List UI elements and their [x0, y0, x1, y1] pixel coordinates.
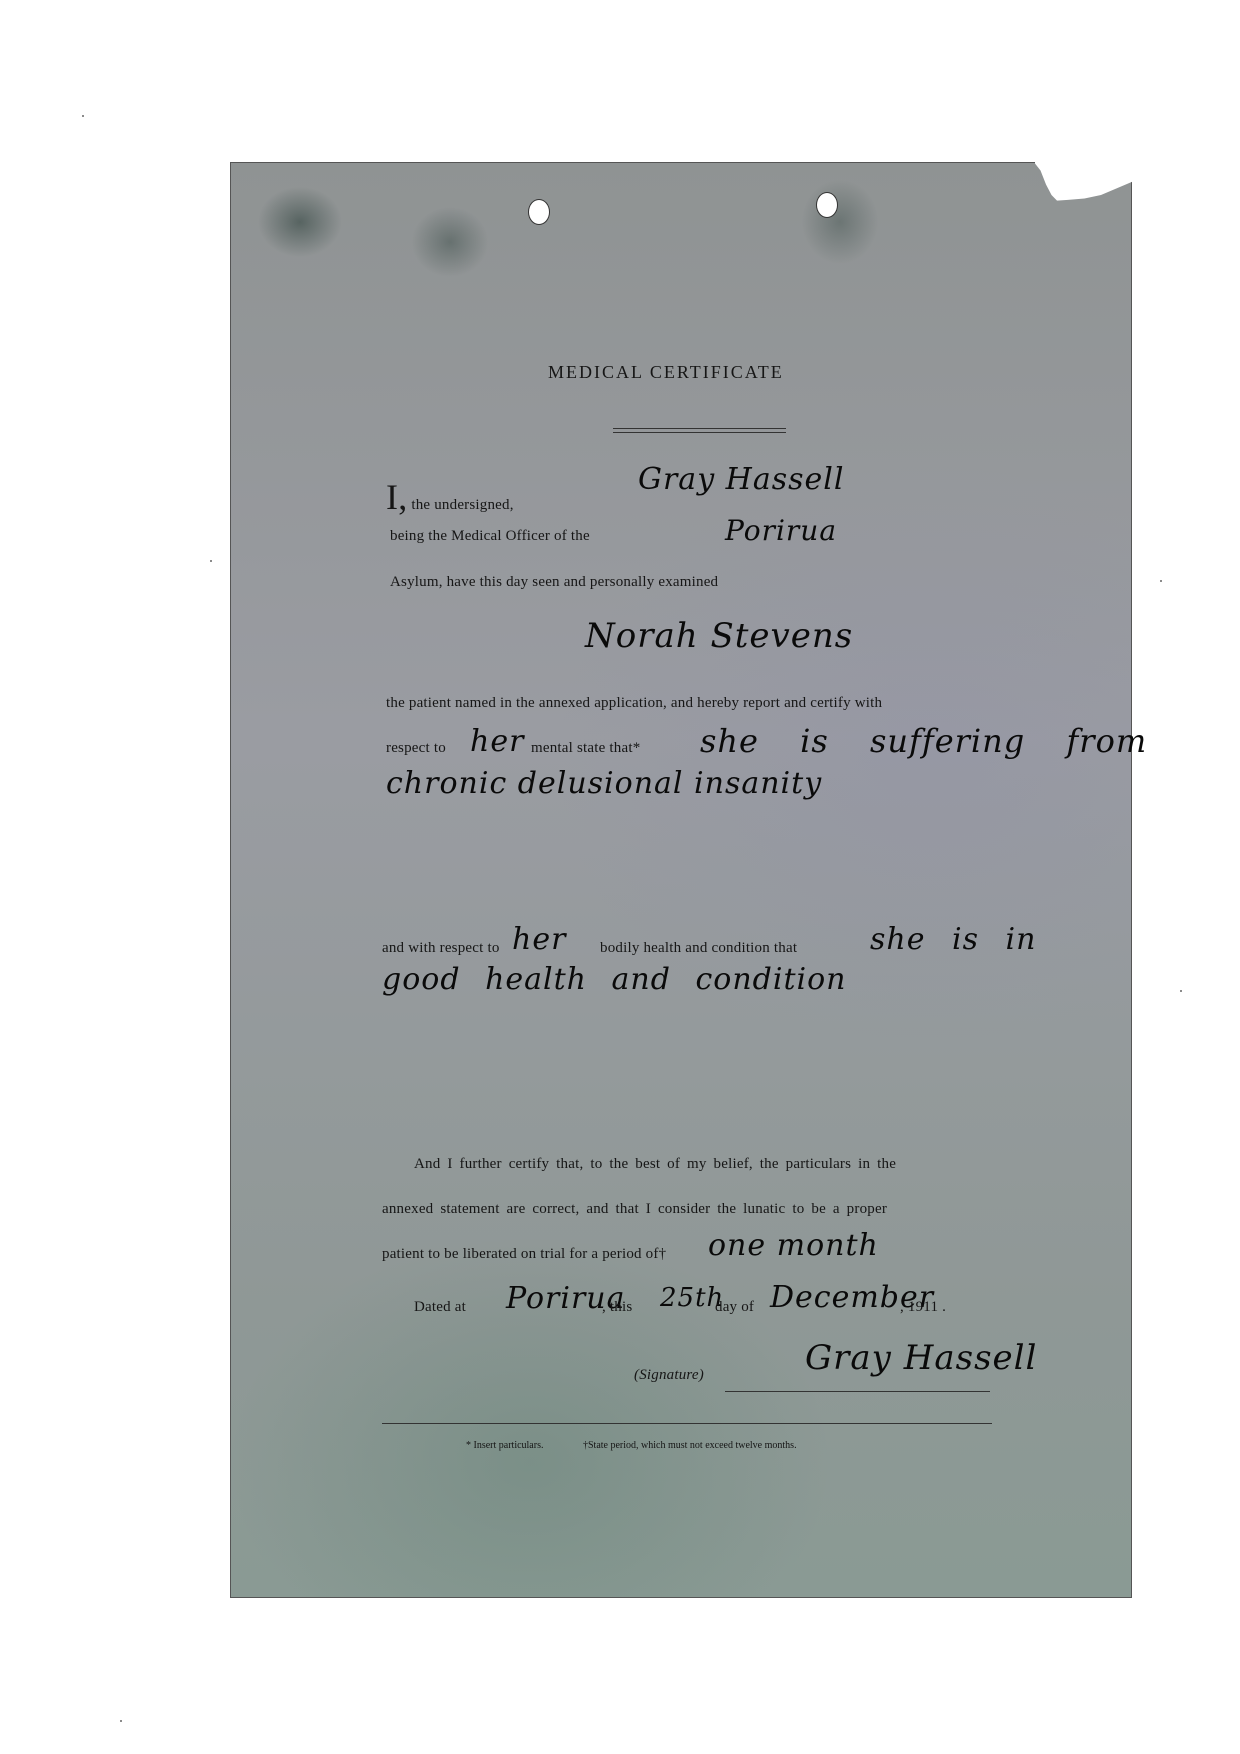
big-i: I,: [386, 477, 407, 517]
mental-finding-1: she is suffering from: [700, 722, 1147, 760]
speck: [82, 115, 84, 117]
mental-finding-2: chronic delusional insanity: [386, 766, 822, 801]
bodily-finding-2: good health and condition: [382, 962, 847, 997]
asylum-label: Asylum, have this day seen and personall…: [390, 574, 718, 591]
bodily-finding-1: she is in: [870, 922, 1036, 957]
signature-label: (Signature): [634, 1367, 704, 1384]
punch-hole: [817, 193, 837, 217]
footnote-dagger: †State period, which must not exceed twe…: [583, 1440, 797, 1451]
patient-name: Norah Stevens: [585, 616, 853, 656]
punch-hole: [529, 200, 549, 224]
signature-line: [725, 1391, 990, 1392]
speck: [1160, 580, 1162, 582]
dated-label: Dated at: [414, 1299, 466, 1316]
document-title: MEDICAL CERTIFICATE: [548, 362, 784, 383]
day-of-label: day of: [715, 1299, 754, 1316]
mental-respect-label: respect to: [386, 740, 446, 757]
bodily-state-label: bodily health and condition that: [600, 940, 797, 957]
undersigned-name: Gray Hassell: [638, 462, 844, 497]
signature-name: Gray Hassell: [805, 1338, 1037, 1378]
trial-period: one month: [708, 1228, 879, 1263]
speck: [120, 1720, 122, 1722]
footnote-divider: [382, 1423, 992, 1424]
mental-state-label: mental state that*: [531, 740, 640, 757]
officer-label: being the Medical Officer of the: [390, 528, 590, 545]
bodily-respect-label: and with respect to: [382, 940, 500, 957]
further-line-3: patient to be liberated on trial for a p…: [382, 1246, 666, 1263]
speck: [1180, 990, 1182, 992]
asylum-name: Porirua: [725, 514, 837, 547]
footnote-star: * Insert particulars.: [466, 1440, 543, 1451]
undersigned-label: the undersigned,: [411, 497, 513, 513]
this-label: , this: [602, 1299, 632, 1316]
intro-line-1: I, the undersigned,: [386, 476, 514, 518]
further-line-1: And I further certify that, to the best …: [414, 1156, 896, 1173]
mental-pronoun: her: [470, 724, 524, 759]
bodily-pronoun: her: [512, 922, 566, 957]
further-line-2: annexed statement are correct, and that …: [382, 1201, 887, 1218]
title-divider: [613, 428, 786, 433]
speck: [210, 560, 212, 562]
dated-year: , 1911 .: [900, 1299, 946, 1316]
mental-line-1: the patient named in the annexed applica…: [386, 695, 882, 712]
